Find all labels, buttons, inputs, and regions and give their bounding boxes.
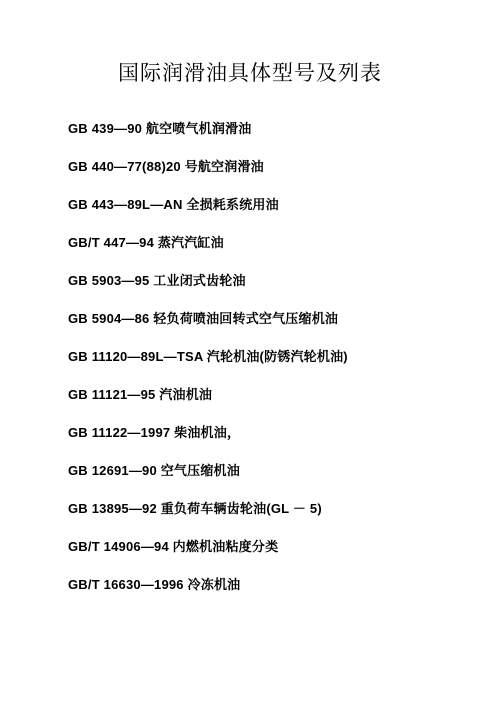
standard-list-item: GB 5904—86 轻负荷喷油回转式空气压缩机油 [68, 312, 480, 326]
page: 国际润滑油具体型号及列表 GB 439—90 航空喷气机润滑油 GB 440—7… [0, 0, 500, 707]
standard-list-item: GB/T 447—94 蒸汽汽缸油 [68, 236, 480, 250]
standard-list-item: GB 443—89L—AN 全损耗系统用油 [68, 198, 480, 212]
standard-list-item: GB 11120—89L—TSA 汽轮机油(防锈汽轮机油) [68, 350, 480, 364]
standard-list-item: GB 12691—90 空气压缩机油 [68, 464, 480, 478]
standards-list: GB 439—90 航空喷气机润滑油 GB 440—77(88)20 号航空润滑… [0, 86, 500, 592]
standard-list-item: GB/T 16630—1996 冷冻机油 [68, 578, 480, 592]
standard-list-item: GB 11121—95 汽油机油 [68, 388, 480, 402]
standard-list-item: GB/T 14906—94 内燃机油粘度分类 [68, 540, 480, 554]
standard-list-item: GB 13895—92 重负荷车辆齿轮油(GL － 5) [68, 502, 480, 516]
standard-list-item: GB 440—77(88)20 号航空润滑油 [68, 160, 480, 174]
standard-list-item: GB 5903—95 工业闭式齿轮油 [68, 274, 480, 288]
standard-list-item: GB 439—90 航空喷气机润滑油 [68, 122, 480, 136]
document-page: { "page": { "title": "国际润滑油具体型号及列表" }, "… [0, 0, 500, 707]
standard-list-item: GB 11122—1997 柴油机油， [68, 426, 480, 440]
page-title: 国际润滑油具体型号及列表 [0, 0, 500, 86]
